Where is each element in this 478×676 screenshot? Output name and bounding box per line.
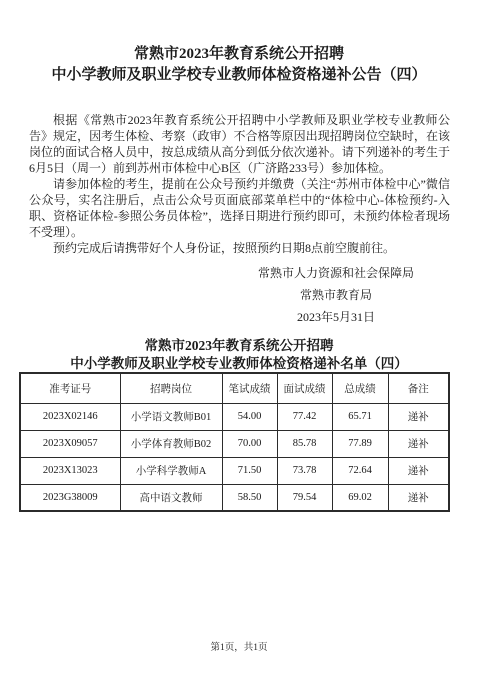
header-written-score: 笔试成绩	[222, 373, 277, 403]
cell-remark: 递补	[388, 484, 449, 511]
roster-title: 常熟市2023年教育系统公开招聘 中小学教师及职业学校专业教师体检资格递补名单（…	[0, 337, 478, 373]
signature-date: 2023年5月31日	[230, 306, 442, 328]
body-paragraph-2: 请参加体检的考生，提前在公众号预约并缴费（关注“苏州市体检中心”微信公众号，实名…	[29, 176, 450, 240]
table-row: 2023X02146 小学语文教师B01 54.00 77.42 65.71 递…	[20, 403, 449, 430]
cell-remark: 递补	[388, 403, 449, 430]
cell-position: 小学科学教师A	[120, 457, 222, 484]
cell-remark: 递补	[388, 430, 449, 457]
cell-position: 小学体育教师B02	[120, 430, 222, 457]
body-paragraph-1: 根据《常熟市2023年教育系统公开招聘中小学教师及职业学校专业教师公告》规定，因…	[29, 112, 450, 176]
roster-table: 准考证号 招聘岗位 笔试成绩 面试成绩 总成绩 备注 2023X02146 小学…	[19, 372, 450, 512]
cell-total-score: 65.71	[332, 403, 388, 430]
cell-interview-score: 79.54	[277, 484, 332, 511]
signature-org-secondary: 常熟市教育局	[230, 284, 442, 306]
roster-title-line2: 中小学教师及职业学校专业教师体检资格递补名单（四）	[0, 355, 478, 373]
document-title-line1: 常熟市2023年教育系统公开招聘	[0, 44, 478, 65]
cell-remark: 递补	[388, 457, 449, 484]
cell-interview-score: 77.42	[277, 403, 332, 430]
header-total-score: 总成绩	[332, 373, 388, 403]
announcement-page: 常熟市2023年教育系统公开招聘 中小学教师及职业学校专业教师体检资格递补公告（…	[0, 0, 478, 676]
signature-org-primary: 常熟市人力资源和社会保障局	[230, 262, 442, 284]
signature-block: 常熟市人力资源和社会保障局 常熟市教育局 2023年5月31日	[230, 262, 442, 328]
document-title: 常熟市2023年教育系统公开招聘 中小学教师及职业学校专业教师体检资格递补公告（…	[0, 44, 478, 86]
body-paragraph-3: 预约完成后请携带好个人身份证，按照预约日期8点前空腹前往。	[29, 240, 450, 256]
cell-interview-score: 73.78	[277, 457, 332, 484]
table-row: 2023G38009 高中语文教师 58.50 79.54 69.02 递补	[20, 484, 449, 511]
cell-total-score: 72.64	[332, 457, 388, 484]
cell-exam-id: 2023X02146	[20, 403, 120, 430]
cell-total-score: 77.89	[332, 430, 388, 457]
cell-position: 高中语文教师	[120, 484, 222, 511]
cell-exam-id: 2023G38009	[20, 484, 120, 511]
cell-written-score: 71.50	[222, 457, 277, 484]
document-title-line2: 中小学教师及职业学校专业教师体检资格递补公告（四）	[0, 65, 478, 86]
header-remark: 备注	[388, 373, 449, 403]
cell-written-score: 54.00	[222, 403, 277, 430]
cell-exam-id: 2023X13023	[20, 457, 120, 484]
header-interview-score: 面试成绩	[277, 373, 332, 403]
roster-title-line1: 常熟市2023年教育系统公开招聘	[0, 337, 478, 355]
cell-position: 小学语文教师B01	[120, 403, 222, 430]
roster-header-row: 准考证号 招聘岗位 笔试成绩 面试成绩 总成绩 备注	[20, 373, 449, 403]
header-position: 招聘岗位	[120, 373, 222, 403]
header-exam-id: 准考证号	[20, 373, 120, 403]
cell-written-score: 70.00	[222, 430, 277, 457]
cell-written-score: 58.50	[222, 484, 277, 511]
cell-total-score: 69.02	[332, 484, 388, 511]
announcement-body: 根据《常熟市2023年教育系统公开招聘中小学教师及职业学校专业教师公告》规定，因…	[29, 112, 450, 256]
page-number-footer: 第1页，共1页	[0, 639, 478, 653]
table-row: 2023X09057 小学体育教师B02 70.00 85.78 77.89 递…	[20, 430, 449, 457]
table-row: 2023X13023 小学科学教师A 71.50 73.78 72.64 递补	[20, 457, 449, 484]
cell-exam-id: 2023X09057	[20, 430, 120, 457]
cell-interview-score: 85.78	[277, 430, 332, 457]
